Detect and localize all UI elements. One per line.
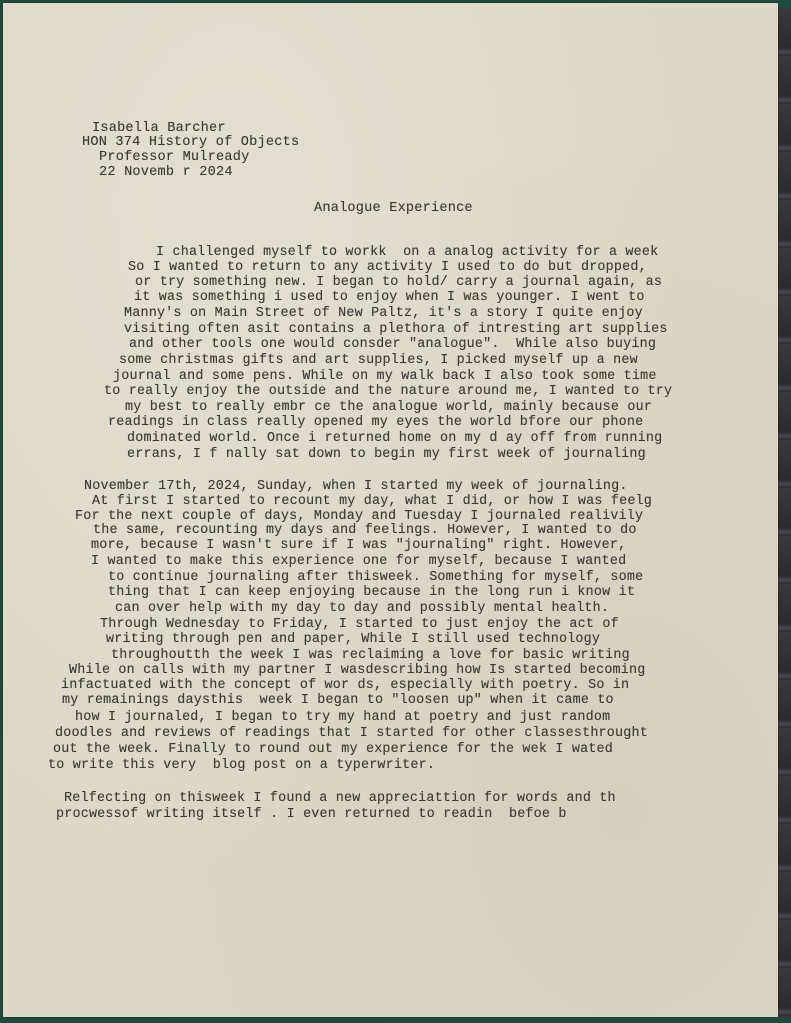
professor-name: Professor Mulready (99, 151, 249, 165)
text-line: it was something i used to enjoy when I … (134, 291, 645, 304)
text-line: can over help with my day to day and pos… (115, 602, 609, 615)
text-line: Relfecting on thisweek I found a new app… (64, 792, 616, 805)
text-line: journal and some pens. While on my walk … (113, 370, 657, 383)
text-line: the same, recounting my days and feeling… (93, 524, 637, 537)
text-line: For the next couple of days, Monday and … (75, 510, 643, 523)
text-line: errans, I f nally sat down to begin my f… (127, 448, 646, 461)
text-line: and other tools one would consder "analo… (129, 338, 656, 351)
text-line: out the week. Finally to round out my ex… (53, 743, 613, 756)
text-line: dominated world. Once i returned home on… (127, 432, 662, 445)
text-line: procwessof writing itself . I even retur… (56, 808, 567, 821)
text-line: readings in class really opened my eyes … (108, 416, 643, 429)
text-line: writing through pen and paper, While I s… (106, 633, 600, 646)
text-line: my remainings daysthis week I began to "… (62, 694, 614, 707)
text-line: I challenged myself to workk on a analog… (156, 246, 658, 259)
text-line: thing that I can keep enjoying because i… (108, 586, 635, 599)
text-line: more, because I wasn't sure if I was "jo… (91, 539, 626, 552)
text-line: So I wanted to return to any activity I … (128, 261, 647, 274)
document-date: 22 Novemb r 2024 (99, 166, 233, 180)
text-line: infactuated with the concept of wor ds, … (61, 679, 629, 692)
text-line: November 17th, 2024, Sunday, when I star… (84, 480, 628, 493)
text-line: At first I started to recount my day, wh… (92, 495, 652, 508)
text-line: visiting often asit contains a plethora … (124, 323, 668, 336)
text-line: to really enjoy the outside and the natu… (104, 385, 672, 398)
text-line: throughoutth the week I was reclaiming a… (111, 649, 630, 662)
typewritten-page: Isabella Barcher HON 374 History of Obje… (3, 3, 778, 1017)
text-line: some christmas gifts and art supplies, I… (119, 354, 638, 367)
text-line: While on calls with my partner I wasdesc… (69, 664, 646, 677)
text-line: Manny's on Main Street of New Paltz, it'… (124, 307, 643, 320)
text-line: I wanted to make this experience one for… (91, 555, 626, 568)
text-line: or try something new. I began to hold/ c… (135, 276, 662, 289)
document-title: Analogue Experience (314, 202, 473, 216)
text-line: to continue journaling after thisweek. S… (108, 571, 643, 584)
text-line: my best to really embr ce the analogue w… (125, 401, 652, 414)
background-keyboard (777, 8, 791, 1018)
text-line: Through Wednesday to Friday, I started t… (100, 618, 619, 631)
course-name: HON 374 History of Objects (82, 136, 299, 150)
text-line: how I journaled, I began to try my hand … (75, 711, 610, 724)
author-name: Isabella Barcher (92, 122, 226, 136)
text-line: to write this very blog post on a typerw… (48, 759, 435, 772)
text-line: doodles and reviews of readings that I s… (55, 727, 648, 740)
